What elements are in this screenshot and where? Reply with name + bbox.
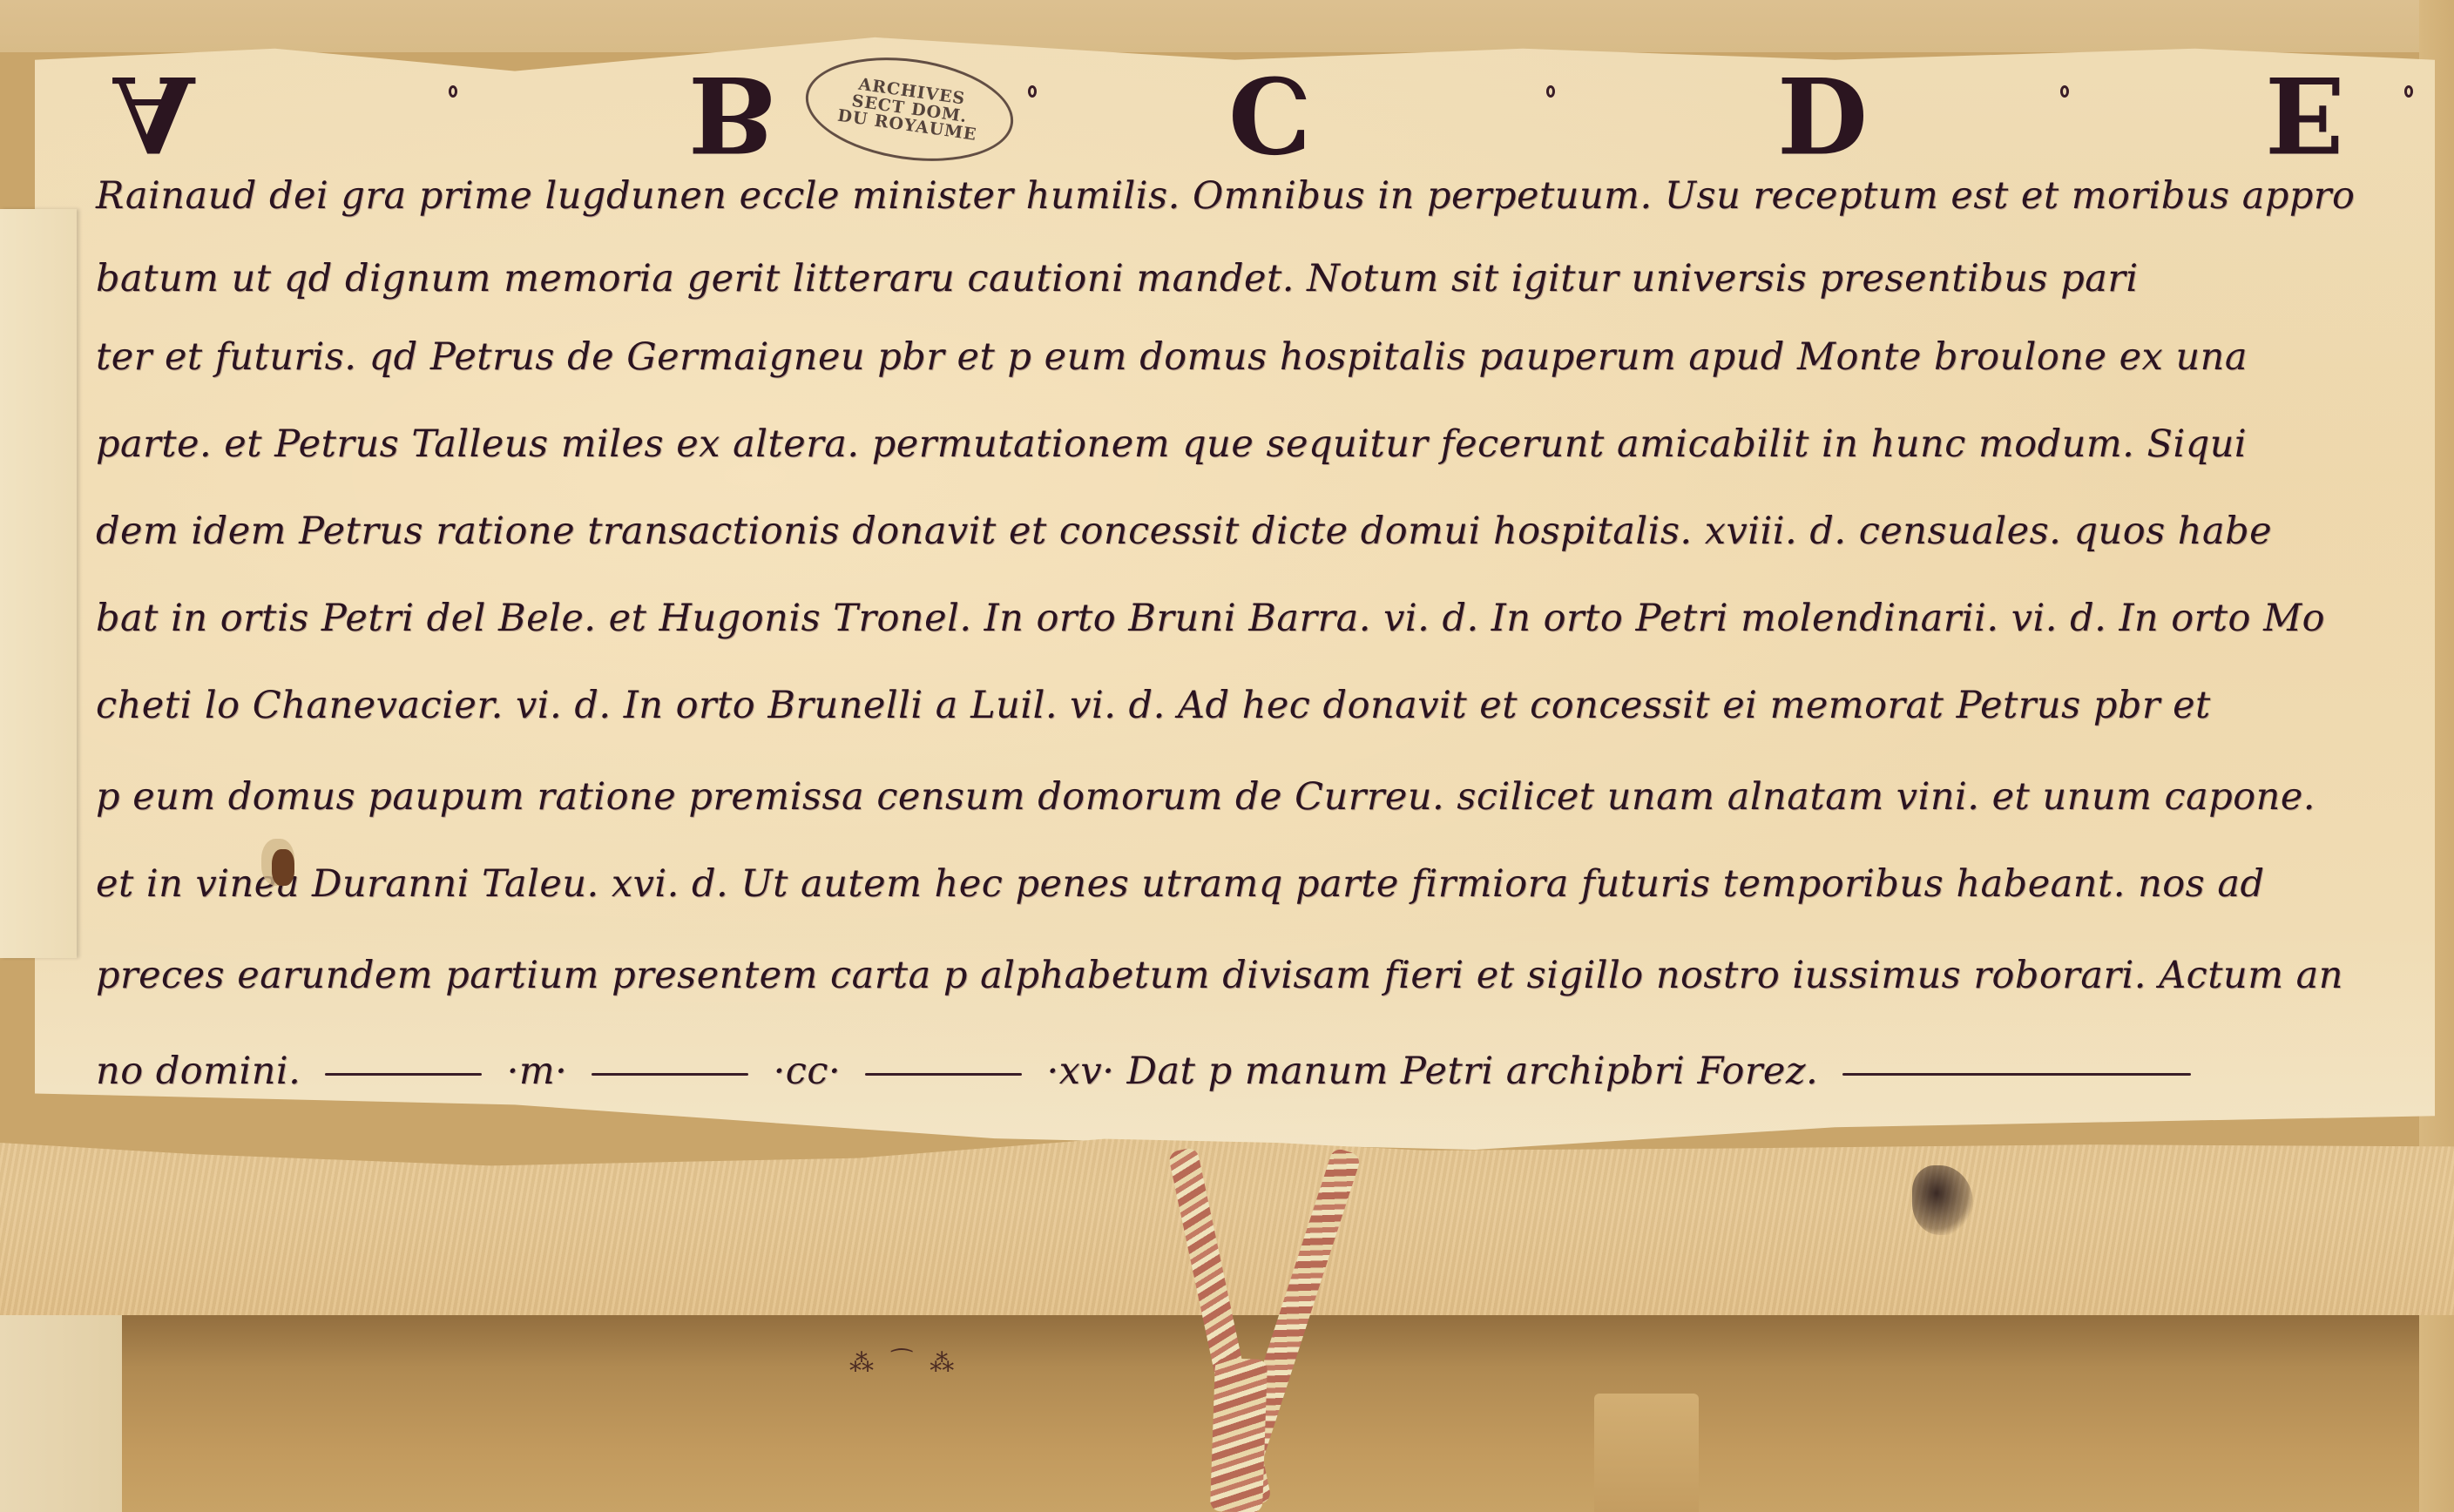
date-cc: ·cc· <box>774 1050 842 1093</box>
closing-dash <box>1842 1073 2191 1076</box>
chirograph-letters: A B C D E <box>0 17 2454 122</box>
text-line-5: dem idem Petrus ratione transactionis do… <box>96 510 2272 553</box>
chirograph-letter: C <box>1228 61 1312 165</box>
bottom-decorative-mark: ⁂ ⁀ ⁂ <box>849 1348 959 1377</box>
seal-cord-tail <box>1210 1358 1268 1512</box>
text-line-1: Rainaud dei gra prime lugdunen eccle min… <box>96 174 2355 218</box>
final-line-end: Dat p manum Petri archipbri Forez. <box>1127 1050 1819 1093</box>
text-line-6: bat in ortis Petri del Bele. et Hugonis … <box>96 597 2325 640</box>
chirograph-dot <box>1546 85 1555 98</box>
chirograph-dot <box>2060 85 2069 98</box>
chirograph-letter: E <box>2265 61 2344 165</box>
text-line-3: ter et futuris. qd Petrus de Germaigneu … <box>96 335 2248 379</box>
date-m: ·m· <box>507 1050 568 1093</box>
chirograph-letter: A <box>113 61 194 165</box>
chirograph-dot <box>449 85 457 98</box>
chirograph-letter: B <box>688 61 776 165</box>
chirograph-letter: D <box>1777 61 1868 165</box>
parchment-hole <box>272 849 294 886</box>
plica-fold <box>0 1124 2454 1315</box>
text-line-9: et in vinea Duranni Taleu. xvi. d. Ut au… <box>96 862 2265 906</box>
text-line-8: p eum domus paupum ratione premissa cens… <box>96 775 2315 819</box>
date-dash <box>325 1073 482 1076</box>
final-line-start: no domini. <box>96 1050 301 1093</box>
date-dash <box>865 1073 1022 1076</box>
background-paper-sheet <box>0 1311 122 1512</box>
date-dash <box>592 1073 748 1076</box>
text-line-4: parte. et Petrus Talleus miles ex altera… <box>96 422 2247 466</box>
text-line-2: batum ut qd dignum memoria gerit littera… <box>96 257 2139 300</box>
text-line-10: preces earundem partium presentem carta … <box>96 954 2343 997</box>
chirograph-dot <box>2404 85 2413 98</box>
chirograph-dot <box>1028 85 1037 98</box>
background-flap <box>1594 1394 1699 1512</box>
date-xv: ·xv· <box>1046 1050 1114 1093</box>
text-line-final: no domini. ·m· ·cc· ·xv· Dat p manum Pet… <box>96 1050 2203 1093</box>
left-paper-sheet <box>0 209 77 958</box>
text-line-7: cheti lo Chanevacier. vi. d. In orto Bru… <box>96 684 2211 727</box>
